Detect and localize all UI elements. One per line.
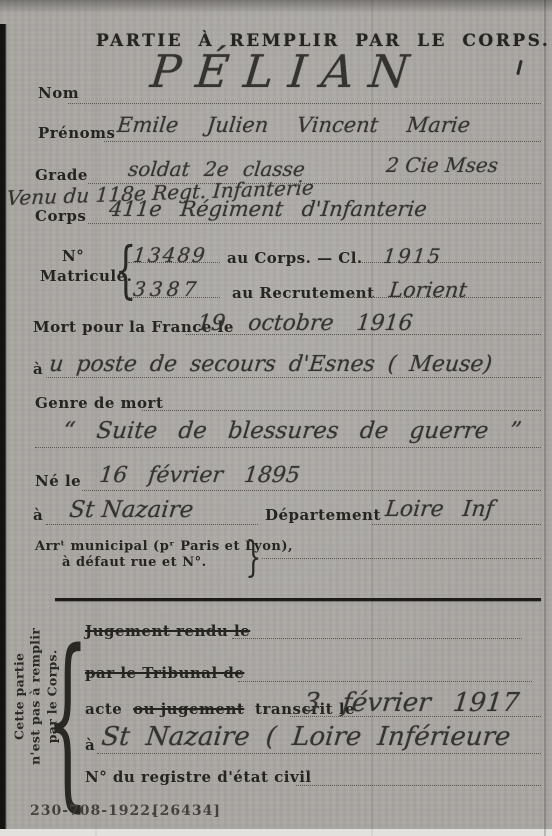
transcrit-date-value: 3 février 1917 bbox=[302, 688, 521, 718]
nom-value: PÉLIAN bbox=[148, 45, 426, 98]
dotted-line bbox=[238, 681, 532, 682]
dotted-line bbox=[46, 377, 541, 378]
ink-mark bbox=[516, 60, 523, 75]
section2-brace: { bbox=[46, 604, 89, 836]
nom-label: Nom bbox=[38, 84, 79, 102]
dotted-line bbox=[296, 785, 541, 786]
corps-label: Corps bbox=[35, 207, 86, 225]
dotted-line bbox=[372, 524, 541, 525]
au-recrutement-label: au Recrutement bbox=[232, 284, 375, 302]
mort-lieu-label: à bbox=[33, 360, 43, 378]
jugement-label: Jugement rendu le bbox=[85, 622, 250, 640]
prenoms-value: Emile Julien Vincent Marie bbox=[116, 113, 471, 137]
corps-value: 411e Régiment d'Infanterie bbox=[108, 197, 428, 221]
registre-label: N° du registre d'état civil bbox=[85, 768, 312, 786]
fold-line bbox=[544, 0, 546, 836]
matricule-corps-value: 13489 bbox=[132, 243, 208, 267]
transcrit-label-struck: ou jugement bbox=[133, 700, 244, 718]
departement-label: Département bbox=[265, 506, 381, 524]
dotted-line bbox=[142, 410, 541, 411]
death-record-card: PARTIE À REMPLIR PAR LE CORPS. Nom PÉLIA… bbox=[0, 0, 552, 836]
tribunal-label: par le Tribunal de bbox=[85, 664, 244, 682]
section-divider bbox=[55, 598, 541, 601]
ne-le-value: 16 février 1895 bbox=[98, 463, 301, 488]
sidebar-note-line: Cette partie bbox=[12, 610, 28, 782]
dotted-line bbox=[97, 753, 541, 754]
printer-code: 230-708-1922. bbox=[30, 803, 157, 819]
classe-value: 1915 bbox=[382, 244, 443, 268]
dotted-line bbox=[104, 141, 541, 142]
dotted-line bbox=[262, 558, 541, 559]
mort-lieu-value: u poste de secours d'Esnes ( Meuse) bbox=[48, 352, 493, 377]
dotted-line bbox=[88, 223, 541, 224]
au-corps-label: au Corps. — Cl. bbox=[227, 249, 363, 267]
arrondissement-label-2: à défaut rue et N°. bbox=[62, 555, 207, 570]
transcrit-lieu-label: à bbox=[85, 736, 95, 754]
recrutement-lieu-value: Lorient bbox=[388, 278, 468, 302]
matricule-label-no: N° bbox=[62, 247, 84, 265]
dotted-line bbox=[82, 490, 541, 491]
genre-mort-value: “ Suite de blessures de guerre ” bbox=[62, 418, 523, 444]
departement-value: Loire Inf bbox=[384, 497, 495, 522]
scan-edge-left bbox=[0, 24, 7, 830]
dotted-line bbox=[35, 447, 541, 448]
transcrit-lieu-value: St Nazaire ( Loire Inférieure bbox=[100, 722, 512, 752]
ne-a-value: St Nazaire bbox=[68, 497, 195, 523]
arrondissement-brace: } bbox=[245, 536, 261, 578]
grade-value-2: 2 Cie Mses bbox=[385, 153, 499, 177]
sidebar-note-line: n'est pas à remplir bbox=[28, 610, 44, 782]
prenoms-label: Prénoms bbox=[38, 124, 115, 142]
grade-label: Grade bbox=[35, 166, 88, 184]
dotted-line bbox=[232, 638, 522, 639]
mort-date-value: 19 octobre 1916 bbox=[196, 311, 414, 336]
ne-le-label: Né le bbox=[35, 472, 81, 490]
ne-a-label: à bbox=[33, 506, 43, 524]
matricule-recrutement-value: 3387 bbox=[132, 277, 201, 301]
printer-ref: [26434] bbox=[152, 803, 221, 819]
transcrit-label-pre: acte bbox=[85, 700, 122, 718]
dotted-line bbox=[68, 103, 541, 104]
dotted-line bbox=[46, 524, 258, 525]
scan-edge-top bbox=[0, 0, 552, 13]
